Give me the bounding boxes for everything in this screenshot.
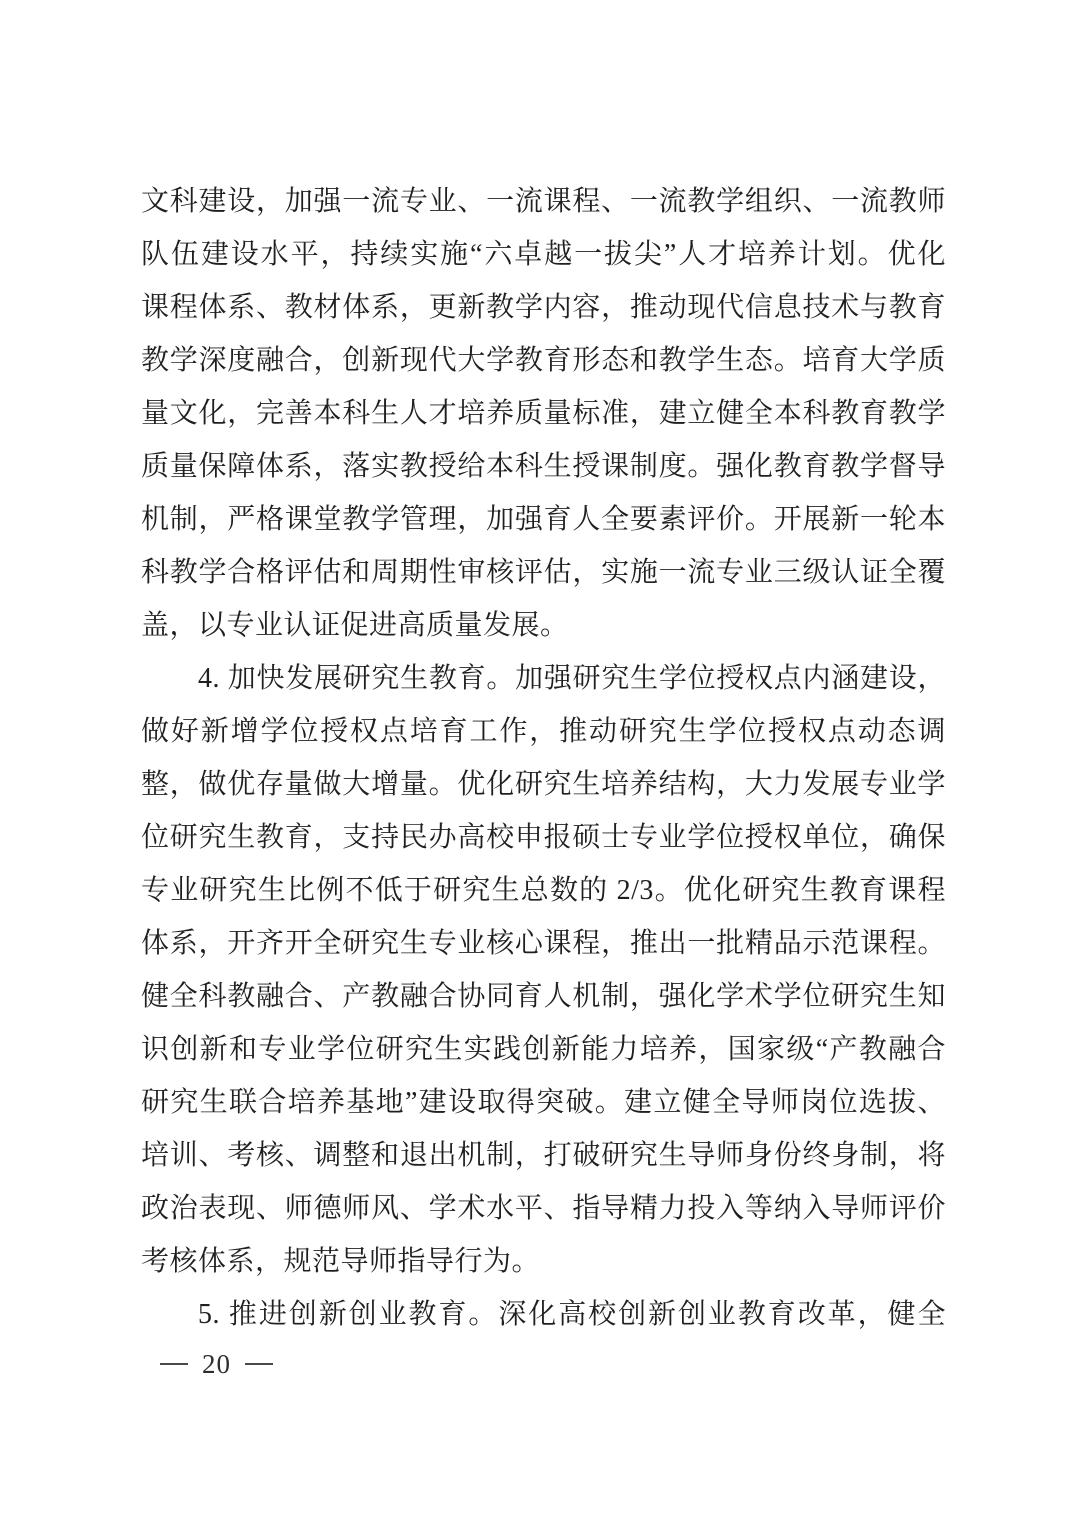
text-line: 盖，以专业认证促进高质量发展。	[141, 599, 946, 652]
page-footer: 20	[160, 1344, 273, 1384]
text-line: 科教学合格评估和周期性审核评估，实施一流专业三级认证全覆	[141, 546, 946, 599]
text-line: 做好新增学位授权点培育工作，推动研究生学位授权点动态调	[141, 705, 946, 758]
text-line: 专业研究生比例不低于研究生总数的 2/3。优化研究生教育课程	[141, 864, 946, 917]
text-line: 整，做优存量做大增量。优化研究生培养结构，大力发展专业学	[141, 758, 946, 811]
footer-dash-left	[160, 1363, 188, 1365]
document-page: 文科建设，加强一流专业、一流课程、一流教学组织、一流教师 队伍建设水平，持续实施…	[0, 0, 1074, 1520]
text-line: 文科建设，加强一流专业、一流课程、一流教学组织、一流教师	[141, 175, 946, 228]
footer-dash-right	[245, 1363, 273, 1365]
footer-page-number: 20	[202, 1344, 231, 1384]
text-line: 培训、考核、调整和退出机制，打破研究生导师身份终身制，将	[141, 1129, 946, 1182]
text-line: 识创新和专业学位研究生实践创新能力培养，国家级“产教融合	[141, 1023, 946, 1076]
text-line: 教学深度融合，创新现代大学教育形态和教学生态。培育大学质	[141, 334, 946, 387]
text-line: 体系，开齐开全研究生专业核心课程，推出一批精品示范课程。	[141, 917, 946, 970]
text-line: 队伍建设水平，持续实施“六卓越一拔尖”人才培养计划。优化	[141, 228, 946, 281]
text-line: 机制，严格课堂教学管理，加强育人全要素评价。开展新一轮本	[141, 493, 946, 546]
text-line: 课程体系、教材体系，更新教学内容，推动现代信息技术与教育	[141, 281, 946, 334]
text-block: 文科建设，加强一流专业、一流课程、一流教学组织、一流教师 队伍建设水平，持续实施…	[141, 175, 946, 1341]
text-line: 量文化，完善本科生人才培养质量标准，建立健全本科教育教学	[141, 387, 946, 440]
text-line: 健全科教融合、产教融合协同育人机制，强化学术学位研究生知	[141, 970, 946, 1023]
text-line: 考核体系，规范导师指导行为。	[141, 1235, 946, 1288]
text-line: 质量保障体系，落实教授给本科生授课制度。强化教育教学督导	[141, 440, 946, 493]
text-line: 政治表现、师德师风、学术水平、指导精力投入等纳入导师评价	[141, 1182, 946, 1235]
text-line: 研究生联合培养基地”建设取得突破。建立健全导师岗位选拔、	[141, 1076, 946, 1129]
text-line-paragraph-start: 4. 加快发展研究生教育。加强研究生学位授权点内涵建设，	[141, 652, 946, 705]
text-line-paragraph-start: 5. 推进创新创业教育。深化高校创新创业教育改革，健全	[141, 1288, 946, 1341]
text-line: 位研究生教育，支持民办高校申报硕士专业学位授权单位，确保	[141, 811, 946, 864]
